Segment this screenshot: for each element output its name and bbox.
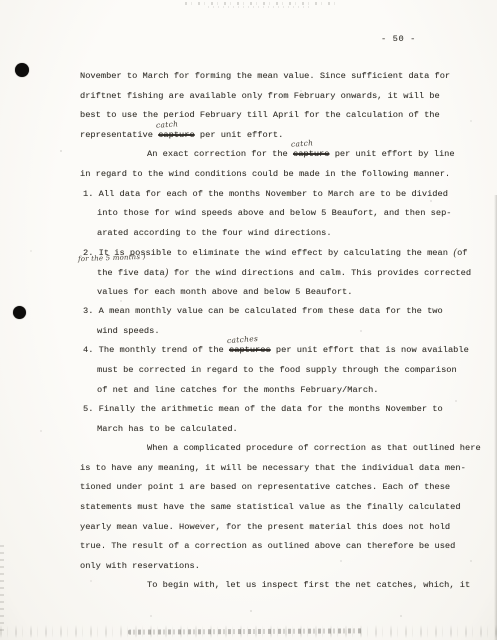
typed-line: yearly mean value. However, for the pres… (80, 518, 480, 538)
typed-line: into those for wind speeds above and bel… (80, 204, 480, 224)
scanned-document-page: - 50 - November to March for forming the… (0, 0, 497, 640)
text-segment: the five data (97, 268, 165, 278)
typed-line: driftnet fishing are available only from… (80, 87, 480, 107)
text-segment: of net and line catches for the months F… (97, 385, 379, 395)
handwritten-parenthesis: ( (453, 248, 457, 259)
struck-out-word: catchcapture (158, 130, 195, 140)
handwritten-correction: catch (291, 140, 314, 150)
struck-out-word: catchescaptures (229, 345, 271, 355)
typed-line: only with reservations. (80, 557, 480, 577)
typed-line: 4. The monthly trend of the catchescaptu… (80, 341, 480, 361)
typed-line: values for each month above and below 5 … (80, 283, 480, 303)
text-segment: of (457, 248, 467, 258)
handwritten-correction: catches (227, 335, 259, 345)
text-segment: is to have any meaning, it will be neces… (80, 463, 466, 473)
text-segment: driftnet fishing are available only from… (80, 91, 440, 101)
text-segment: representative (80, 130, 158, 140)
text-segment: per unit effort. (195, 130, 284, 140)
text-segment: 3. A mean monthly value can be calculate… (83, 306, 443, 316)
text-segment: March has to be calculated. (97, 424, 238, 434)
page-number: - 50 - (381, 34, 416, 44)
text-segment: in regard to the wind conditions could b… (80, 169, 450, 179)
typed-line: November to March for forming the mean v… (80, 67, 480, 87)
handwritten-parenthesis: ) (165, 268, 169, 279)
text-segment: To begin with, let us inspect first the … (147, 580, 470, 590)
text-segment: for the wind directions and calm. This p… (169, 268, 471, 278)
text-segment: statements must have the same statistica… (80, 502, 461, 512)
text-segment: tioned under point 1 are based on repres… (80, 482, 450, 492)
text-segment: November to March for forming the mean v… (80, 71, 450, 81)
typed-line: tioned under point 1 are based on repres… (80, 478, 480, 498)
typed-line: To begin with, let us inspect first the … (80, 576, 480, 596)
typed-line: 1. All data for each of the months Novem… (80, 185, 480, 205)
text-segment: per unit effort that is now available (271, 345, 469, 355)
typed-line: 3. A mean monthly value can be calculate… (80, 302, 480, 322)
typed-line: must be corrected in regard to the food … (80, 361, 480, 381)
typed-line: When a complicated procedure of correcti… (80, 439, 480, 459)
text-segment: must be corrected in regard to the food … (97, 365, 457, 375)
typed-line: is to have any meaning, it will be neces… (80, 459, 480, 479)
text-segment: only with reservations. (80, 561, 200, 571)
typed-line: statements must have the same statistica… (80, 498, 480, 518)
typed-text-block: November to March for forming the mean v… (80, 67, 480, 596)
typed-line: representative catchcapture per unit eff… (80, 126, 480, 146)
scan-artifact-top-line-2 (208, 6, 313, 8)
typed-line: arated according to the four wind direct… (80, 224, 480, 244)
text-segment: true. The result of a correction as outl… (80, 541, 455, 551)
typed-line: An exact correction for the catchcapture… (80, 145, 480, 165)
typed-line: in regard to the wind conditions could b… (80, 165, 480, 185)
scan-artifact-top-line (185, 2, 335, 5)
punch-hole-dot-top (15, 63, 29, 77)
typed-line: 5. Finally the arithmetic mean of the da… (80, 400, 480, 420)
scan-artifact-left-edge (0, 545, 4, 635)
handwritten-correction: catch (156, 120, 179, 130)
typed-line: true. The result of a correction as outl… (80, 537, 480, 557)
text-segment: wind speeds. (97, 326, 160, 336)
typed-line: of net and line catches for the months F… (80, 381, 480, 401)
text-segment: 1. All data for each of the months Novem… (83, 189, 448, 199)
text-segment: 4. The monthly trend of the (83, 345, 229, 355)
text-segment: yearly mean value. However, for the pres… (80, 522, 450, 532)
typed-line: best to use the period February till Apr… (80, 106, 480, 126)
typed-line: March has to be calculated. (80, 420, 480, 440)
text-segment: best to use the period February till Apr… (80, 110, 440, 120)
text-segment: values for each month above and below 5 … (97, 287, 352, 297)
text-segment: When a complicated procedure of correcti… (147, 443, 481, 453)
typed-line: wind speeds. (80, 322, 480, 342)
typed-line: for the 5 months )the five data) for the… (80, 263, 480, 283)
text-segment: per unit effort by line (329, 149, 454, 159)
text-segment: An exact correction for the (147, 149, 293, 159)
struck-out-word: catchcapture (293, 149, 330, 159)
handwritten-insert-note: for the 5 months ) (78, 253, 146, 263)
text-segment: into those for wind speeds above and bel… (97, 208, 452, 218)
text-segment: 5. Finally the arithmetic mean of the da… (83, 404, 443, 414)
text-segment: arated according to the four wind direct… (97, 228, 332, 238)
punch-hole-dot-bottom (13, 306, 26, 319)
